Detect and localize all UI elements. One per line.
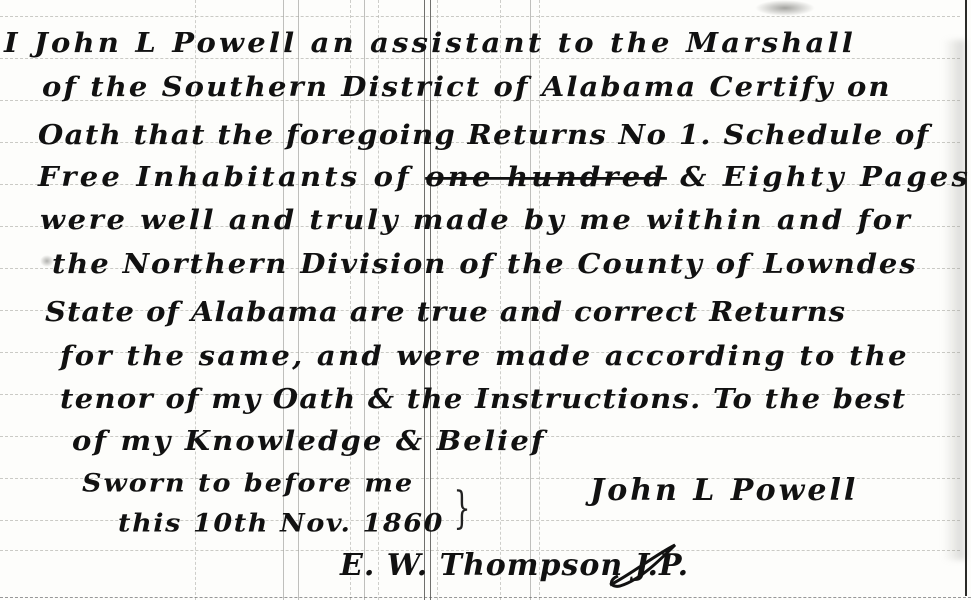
text-line-2: of the Southern District of Alabama Cert… <box>42 71 892 102</box>
jurat-date: this 10th Nov. 1860 <box>118 509 444 538</box>
ruling-line <box>0 16 960 17</box>
text-line-8: for the same, and were made according to… <box>60 340 909 371</box>
brace-symbol: } <box>454 483 471 534</box>
text-line-3: Oath that the foregoing Returns No 1. Sc… <box>38 119 930 150</box>
signature-flourish-icon <box>600 540 680 590</box>
text-line-6: the Northern Division of the County of L… <box>52 248 917 279</box>
assistant-signature: John L Powell <box>590 473 858 508</box>
text-line-5: were well and truly made by me within an… <box>40 204 913 235</box>
page-bottom-border <box>0 597 971 598</box>
text-line-4-end: & Eighty Pages <box>667 161 971 192</box>
jurat-line-1: Sworn to before me <box>82 469 414 498</box>
page-edge-shadow <box>943 40 965 560</box>
text-line-7: State of Alabama are true and correct Re… <box>45 296 846 327</box>
text-line-4-start: Free Inhabitants of <box>38 161 425 192</box>
page-right-border <box>965 0 967 596</box>
text-line-9: tenor of my Oath & the Instructions. To … <box>60 383 906 414</box>
document-page: I John L Powell an assistant to the Mars… <box>0 0 971 600</box>
text-line-10: of my Knowledge & Belief <box>72 425 546 456</box>
text-line-1: I John L Powell an assistant to the Mars… <box>4 27 856 58</box>
struck-text: one hundred <box>425 161 667 192</box>
ink-smudge <box>755 0 815 16</box>
text-line-4: Free Inhabitants of one hundred & Eighty… <box>38 161 971 192</box>
